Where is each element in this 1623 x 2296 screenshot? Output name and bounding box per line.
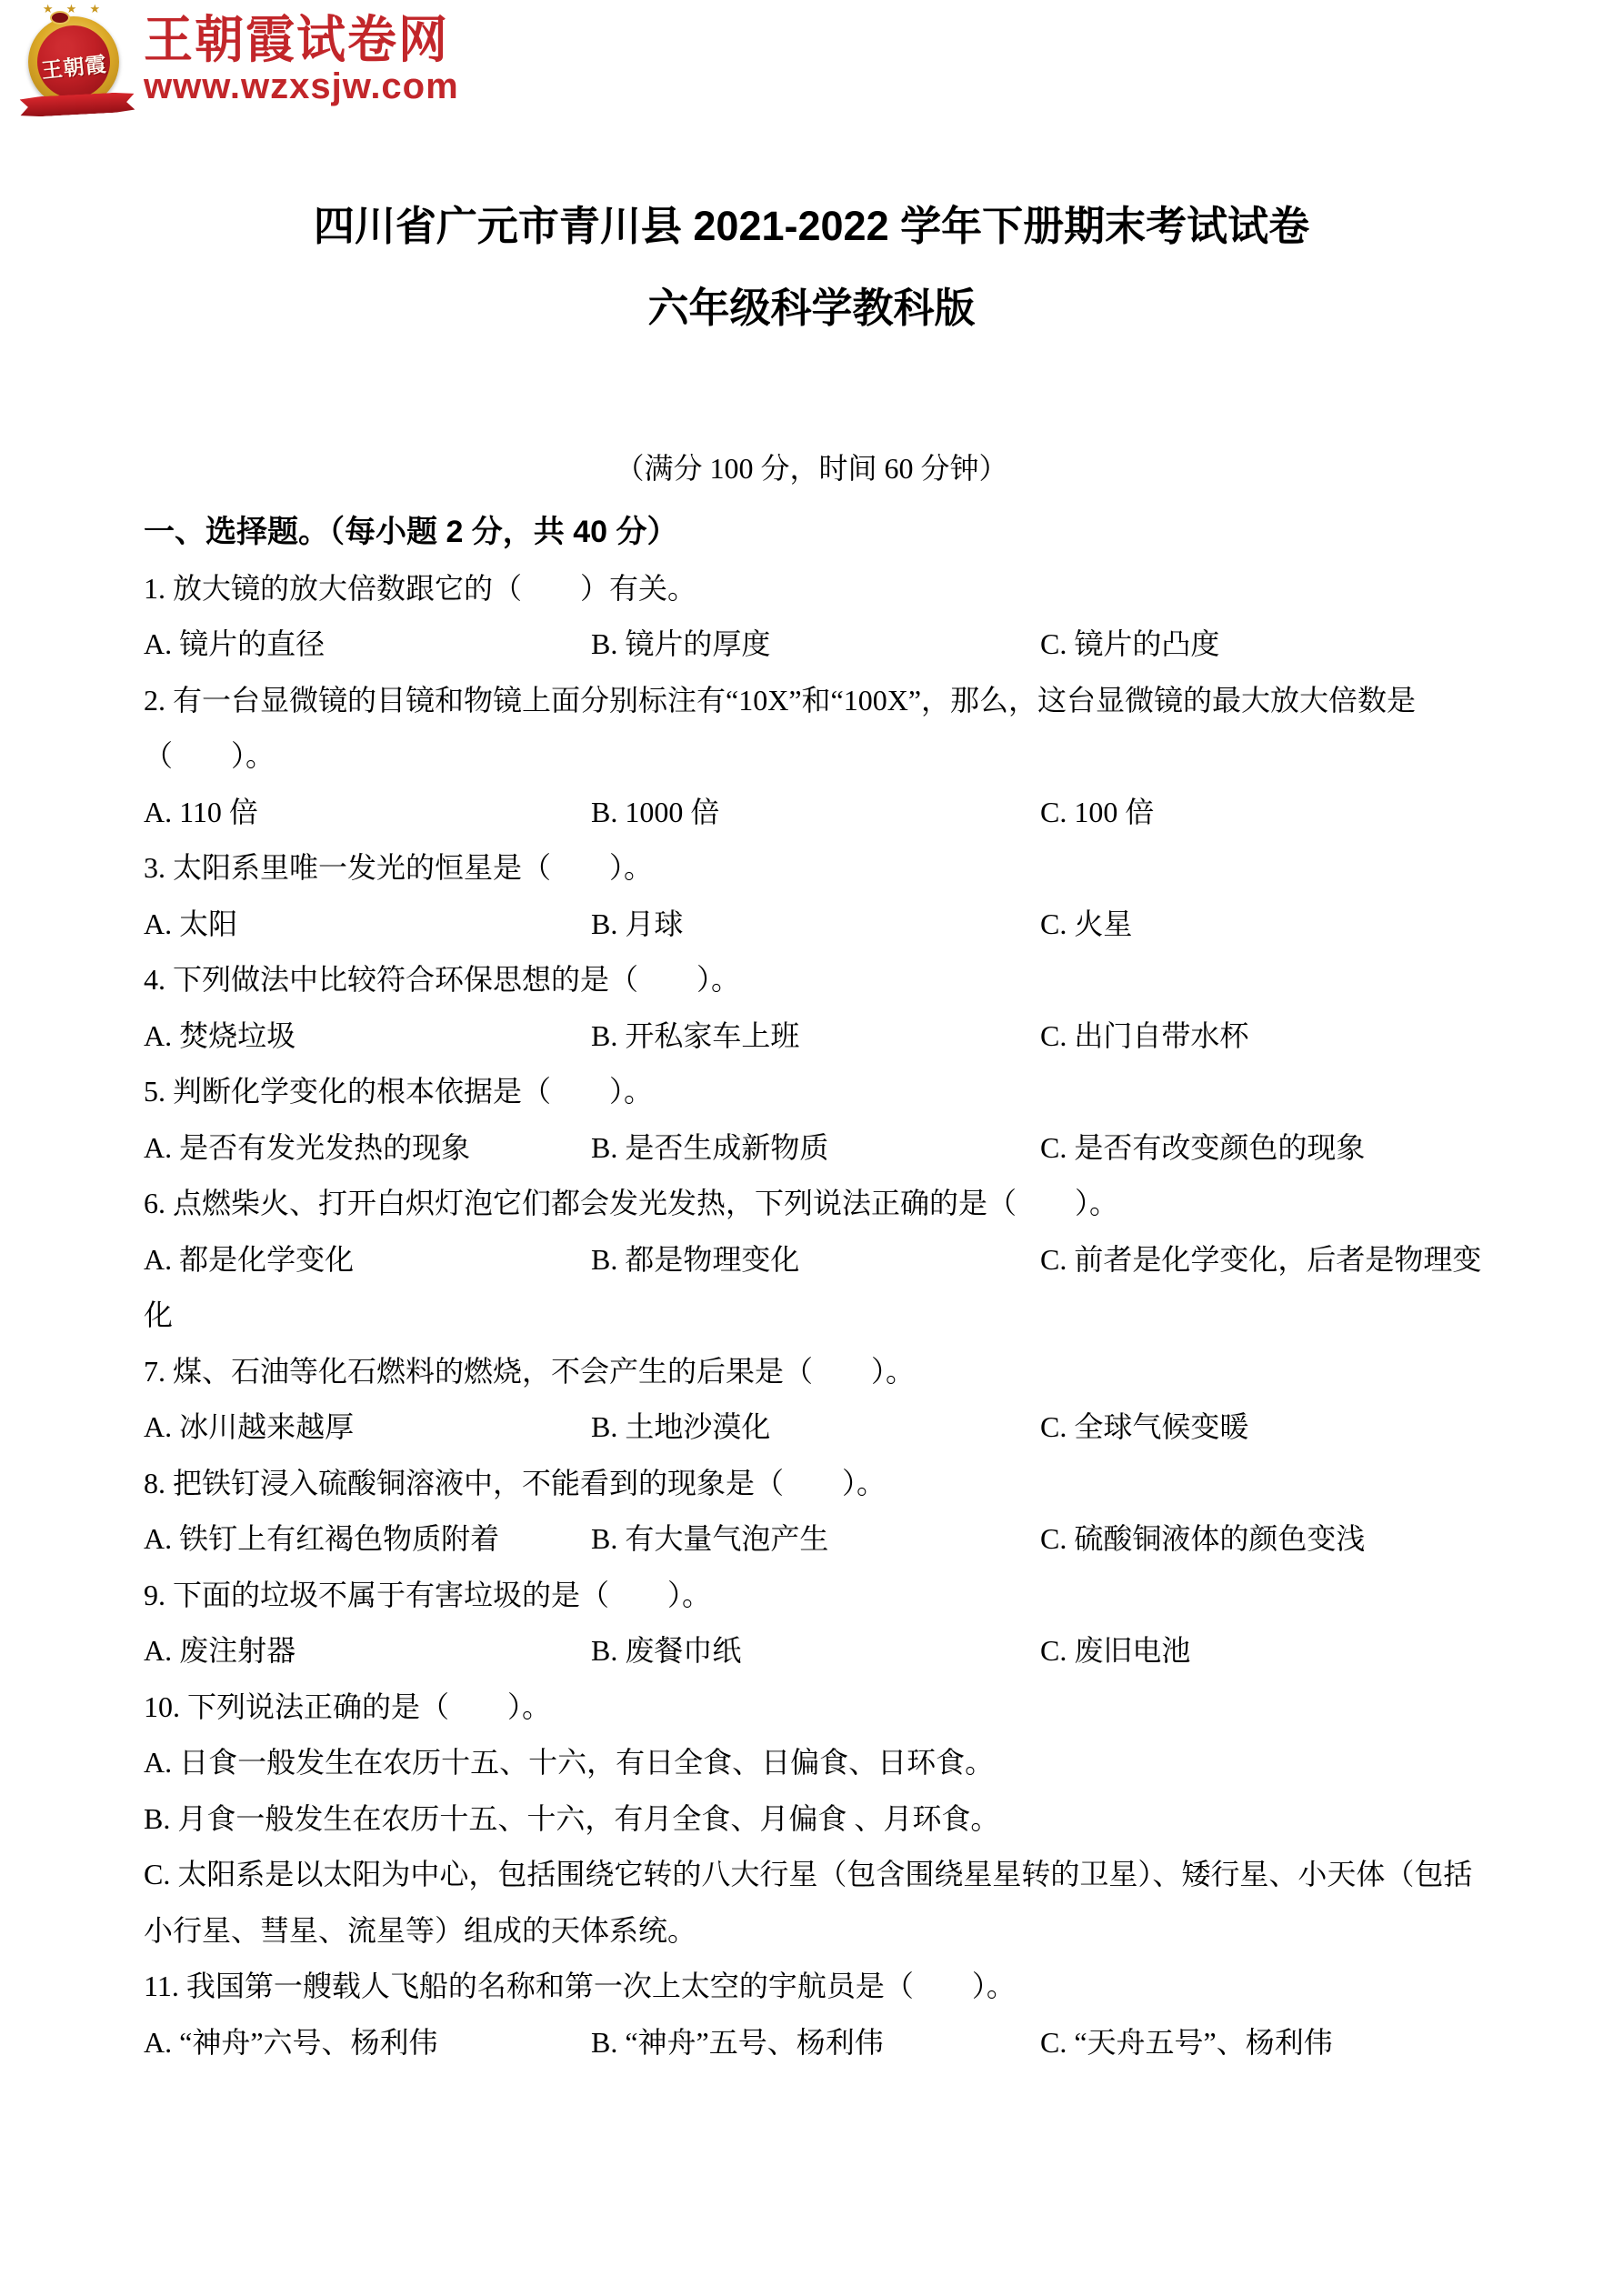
q11-options: A. “神舟”六号、杨利伟 B. “神舟”五号、杨利伟 C. “天舟五号”、杨利…: [144, 2015, 1532, 2071]
exam-paper-page: ★ ★ ★ 王朝霞 王朝霞试卷网 www.wzxsjw.com 四川省广元市青川…: [0, 0, 1623, 2296]
portrait-oval-icon: [50, 11, 70, 25]
document-titles: 四川省广元市青川县 2021-2022 学年下册期末考试试卷 六年级科学教科版 …: [0, 202, 1623, 496]
q2-option-b: B. 1000 倍: [591, 785, 1040, 841]
q9-stem: 9. 下面的垃圾不属于有害垃圾的是（ ）。: [144, 1568, 1532, 1624]
q9-options: A. 废注射器 B. 废餐巾纸 C. 废旧电池: [144, 1623, 1532, 1679]
q6-option-c-wrap: 化: [144, 1288, 1532, 1344]
q7-options: A. 冰川越来越厚 B. 土地沙漠化 C. 全球气候变暖: [144, 1399, 1532, 1456]
q7-stem: 7. 煤、石油等化石燃料的燃烧，不会产生的后果是（ ）。: [144, 1344, 1532, 1400]
document-title-line2: 六年级科学教科版: [0, 284, 1623, 333]
q10-option-a: A. 日食一般发生在农历十五、十六，有日全食、日偏食、日环食。: [144, 1735, 1532, 1791]
q6-option-b: B. 都是物理变化: [591, 1232, 1040, 1288]
brand-url: www.wzxsjw.com: [144, 67, 459, 105]
q8-option-a: A. 铁钉上有红褐色物质附着: [144, 1511, 591, 1568]
q3-option-b: B. 月球: [591, 897, 1040, 953]
q6-option-a: A. 都是化学变化: [144, 1232, 591, 1288]
q3-stem: 3. 太阳系里唯一发光的恒星是（ ）。: [144, 840, 1532, 897]
q4-options: A. 焚烧垃圾 B. 开私家车上班 C. 出门自带水杯: [144, 1008, 1532, 1065]
q8-option-b: B. 有大量气泡产生: [591, 1511, 1040, 1568]
q3-options: A. 太阳 B. 月球 C. 火星: [144, 897, 1532, 953]
brand-text-block: 王朝霞试卷网 www.wzxsjw.com: [144, 5, 459, 105]
score-time-note: （满分 100 分，时间 60 分钟）: [0, 440, 1623, 496]
q9-option-b: B. 废餐巾纸: [591, 1623, 1040, 1679]
q9-option-c: C. 废旧电池: [1040, 1623, 1532, 1679]
q2-option-a: A. 110 倍: [144, 785, 591, 841]
q4-option-a: A. 焚烧垃圾: [144, 1008, 591, 1065]
q10-option-c-line2: 小行星、彗星、流星等）组成的天体系统。: [144, 1903, 1532, 1960]
medal-script-text: 王朝霞: [40, 47, 108, 84]
q1-option-b: B. 镜片的厚度: [591, 617, 1040, 673]
q11-option-a: A. “神舟”六号、杨利伟: [144, 2015, 591, 2071]
section-1-heading: 一、选择题。（每小题 2 分，共 40 分）: [144, 505, 1532, 561]
q11-option-c: C. “天舟五号”、杨利伟: [1040, 2015, 1532, 2071]
site-header: ★ ★ ★ 王朝霞 王朝霞试卷网 www.wzxsjw.com: [24, 5, 459, 113]
q5-stem: 5. 判断化学变化的根本依据是（ ）。: [144, 1064, 1532, 1120]
q8-stem: 8. 把铁钉浸入硫酸铜溶液中，不能看到的现象是（ ）。: [144, 1456, 1532, 1512]
q4-stem: 4. 下列做法中比较符合环保思想的是（ ）。: [144, 952, 1532, 1008]
medal-red-core-icon: 王朝霞: [37, 25, 110, 98]
q5-option-b: B. 是否生成新物质: [591, 1120, 1040, 1177]
q1-option-a: A. 镜片的直径: [144, 617, 591, 673]
q5-option-c: C. 是否有改变颜色的现象: [1040, 1120, 1532, 1177]
q10-option-c-line1: C. 太阳系是以太阳为中心，包括围绕它转的八大行星（包含围绕星星转的卫星）、矮行…: [144, 1847, 1532, 1903]
q2-stem-line1: 2. 有一台显微镜的目镜和物镜上面分别标注有“10X”和“100X”，那么，这台…: [144, 673, 1532, 729]
q11-stem: 11. 我国第一艘载人飞船的名称和第一次上太空的宇航员是（ ）。: [144, 1959, 1532, 2015]
q10-stem: 10. 下列说法正确的是（ ）。: [144, 1679, 1532, 1736]
q8-option-c: C. 硫酸铜液体的颜色变浅: [1040, 1511, 1532, 1568]
q3-option-a: A. 太阳: [144, 897, 591, 953]
q8-options: A. 铁钉上有红褐色物质附着 B. 有大量气泡产生 C. 硫酸铜液体的颜色变浅: [144, 1511, 1532, 1568]
q9-option-a: A. 废注射器: [144, 1623, 591, 1679]
q2-option-c: C. 100 倍: [1040, 785, 1532, 841]
brand-medallion-icon: ★ ★ ★ 王朝霞: [24, 5, 131, 113]
q5-options: A. 是否有发光发热的现象 B. 是否生成新物质 C. 是否有改变颜色的现象: [144, 1120, 1532, 1177]
exam-body: 一、选择题。（每小题 2 分，共 40 分） 1. 放大镜的放大倍数跟它的（ ）…: [0, 505, 1623, 2070]
q2-options: A. 110 倍 B. 1000 倍 C. 100 倍: [144, 785, 1532, 841]
ribbon-banner-icon: [20, 92, 135, 118]
q1-option-c: C. 镜片的凸度: [1040, 617, 1532, 673]
q10-option-b: B. 月食一般发生在农历十五、十六，有月全食、月偏食 、月环食。: [144, 1791, 1532, 1848]
q1-stem: 1. 放大镜的放大倍数跟它的（ ）有关。: [144, 561, 1532, 617]
q6-options: A. 都是化学变化 B. 都是物理变化 C. 前者是化学变化，后者是物理变: [144, 1232, 1532, 1288]
q1-options: A. 镜片的直径 B. 镜片的厚度 C. 镜片的凸度: [144, 617, 1532, 673]
q6-stem: 6. 点燃柴火、打开白炽灯泡它们都会发光发热，下列说法正确的是（ ）。: [144, 1176, 1532, 1232]
q6-option-c: C. 前者是化学变化，后者是物理变: [1040, 1232, 1532, 1288]
q11-option-b: B. “神舟”五号、杨利伟: [591, 2015, 1040, 2071]
q7-option-c: C. 全球气候变暖: [1040, 1399, 1532, 1456]
q4-option-c: C. 出门自带水杯: [1040, 1008, 1532, 1065]
q7-option-b: B. 土地沙漠化: [591, 1399, 1040, 1456]
q7-option-a: A. 冰川越来越厚: [144, 1399, 591, 1456]
q4-option-b: B. 开私家车上班: [591, 1008, 1040, 1065]
medal-stars-icon: ★ ★ ★: [24, 3, 124, 16]
q5-option-a: A. 是否有发光发热的现象: [144, 1120, 591, 1177]
brand-name: 王朝霞试卷网: [144, 13, 459, 67]
q2-stem-line2: （ ）。: [144, 728, 1532, 785]
document-title-line1: 四川省广元市青川县 2021-2022 学年下册期末考试试卷: [0, 202, 1623, 251]
q3-option-c: C. 火星: [1040, 897, 1532, 953]
